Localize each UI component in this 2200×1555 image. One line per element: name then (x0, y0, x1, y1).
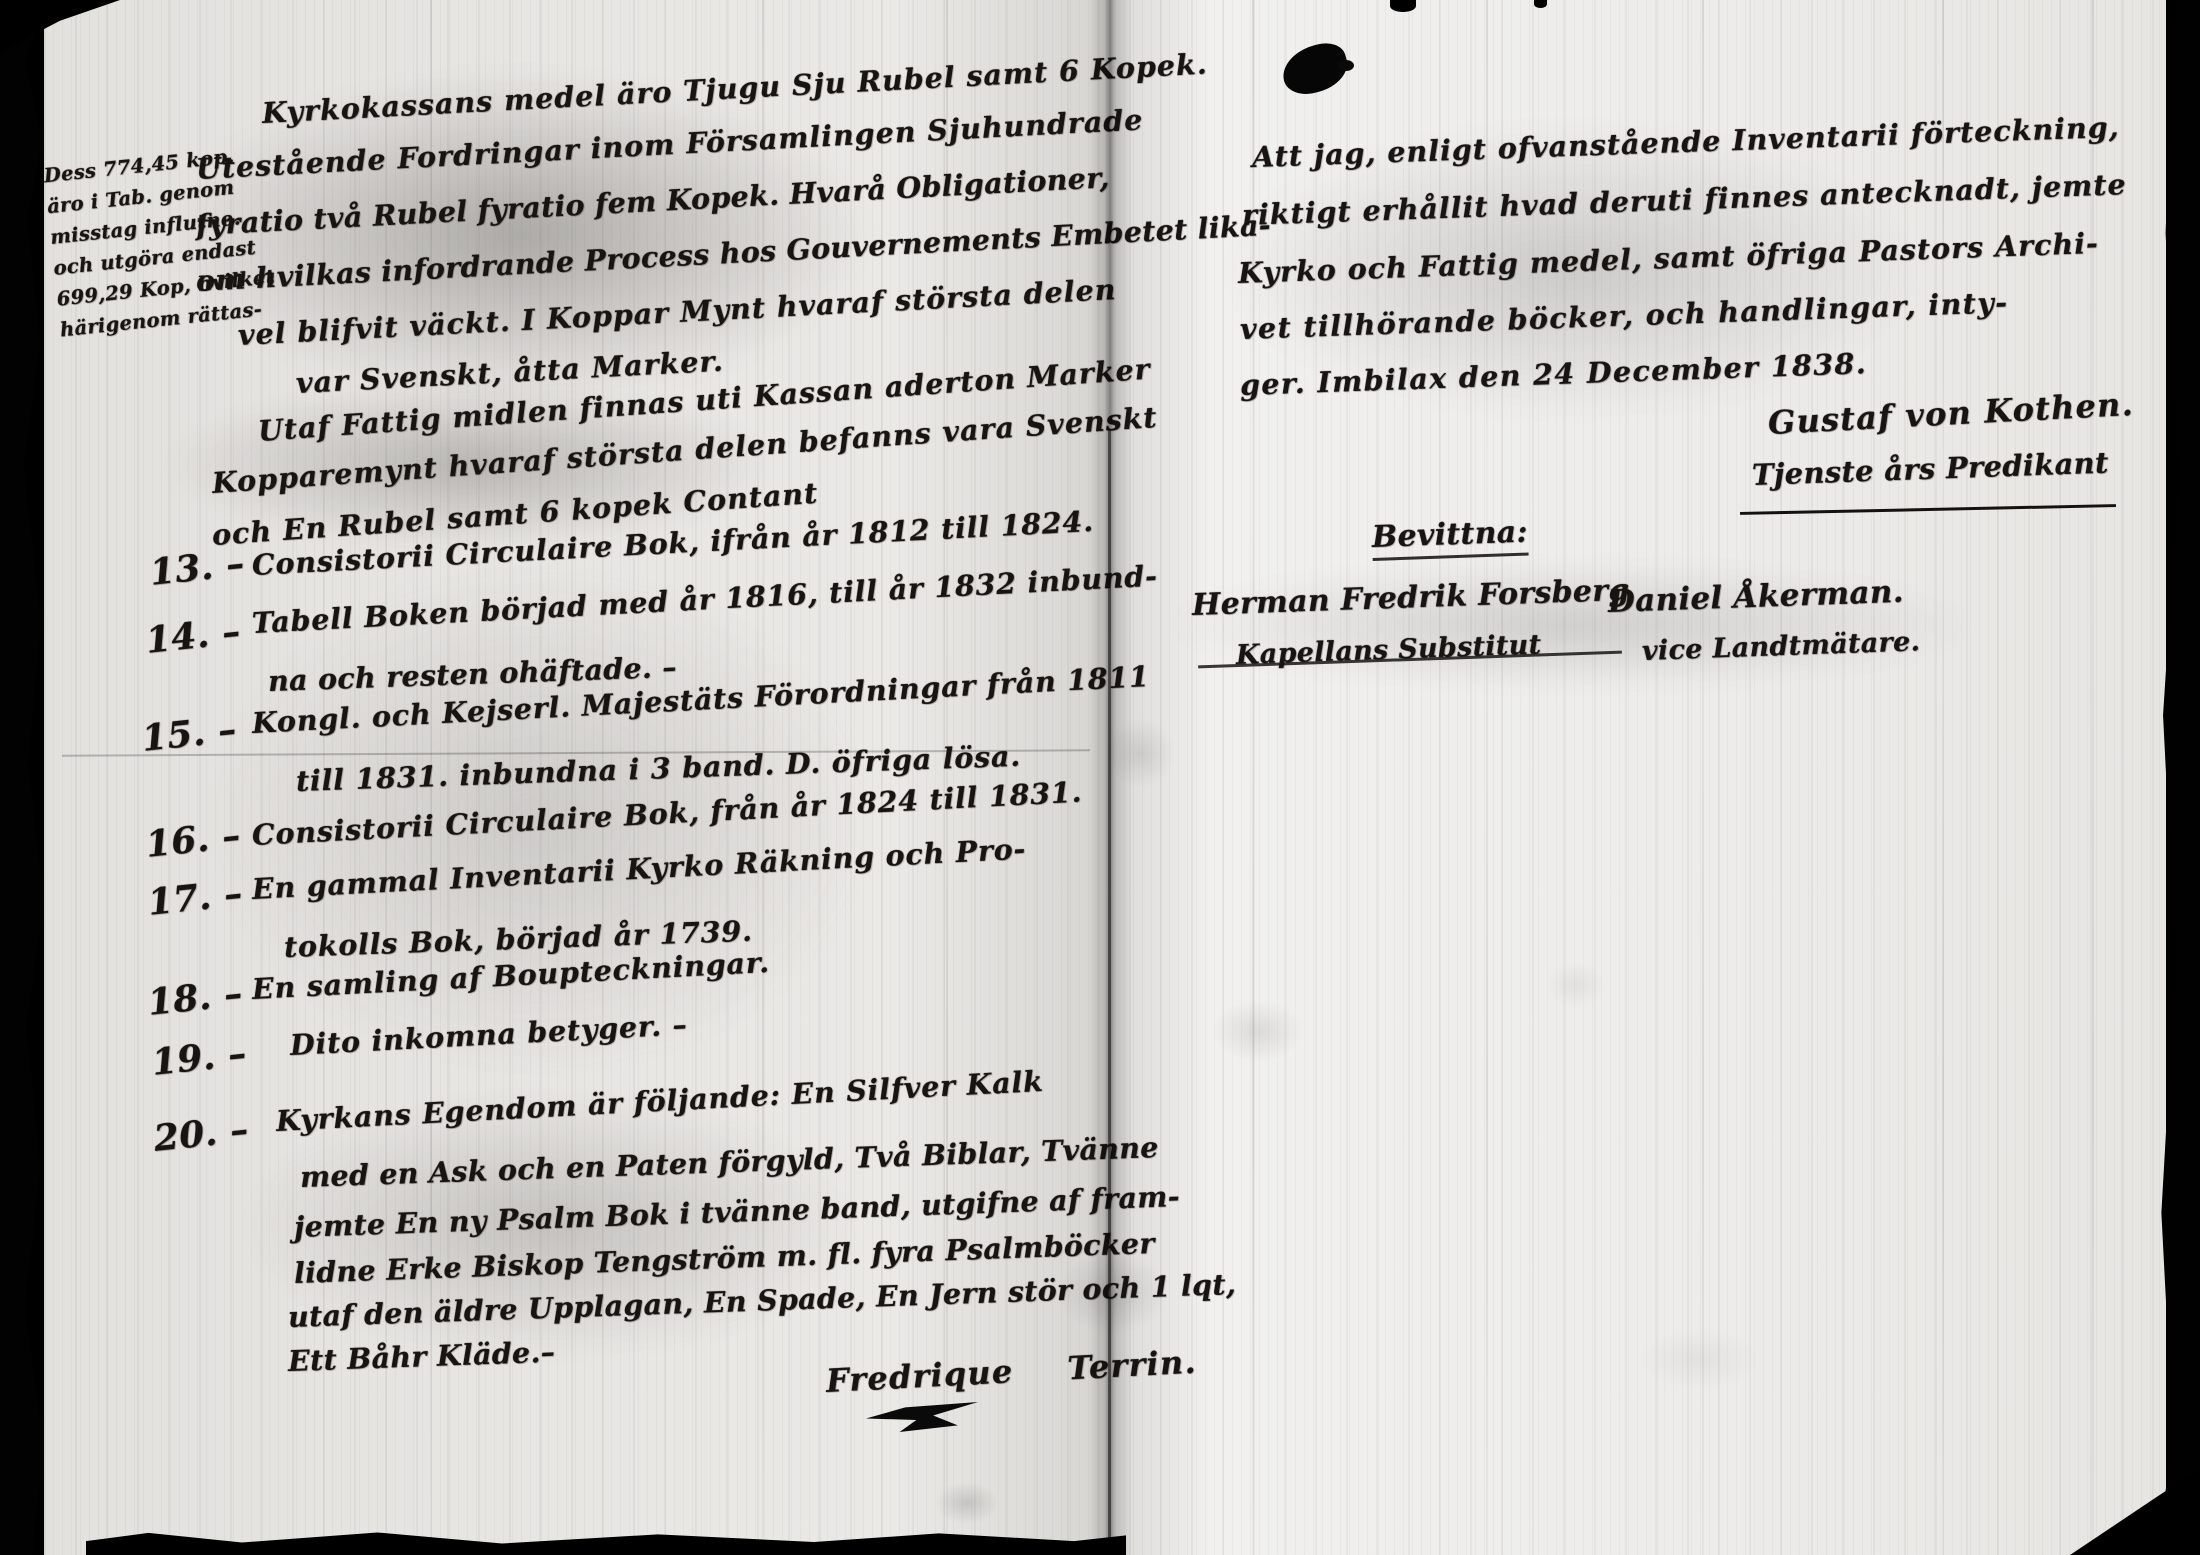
scan-border-left (0, 0, 46, 1555)
scan-nick (1390, 0, 1416, 12)
scan-nick (1534, 0, 1547, 8)
ink-blot (1338, 60, 1354, 71)
stain (935, 1482, 999, 1524)
witness-heading: Bevittna: (1371, 515, 1528, 561)
scanned-document: Dess 774,45 kop. äro i Tab. genom missta… (0, 0, 2200, 1555)
stain (1545, 962, 1605, 1008)
stain (1212, 1000, 1304, 1062)
stain (1636, 1328, 1758, 1390)
page-gutter-line (1108, 430, 1111, 1555)
